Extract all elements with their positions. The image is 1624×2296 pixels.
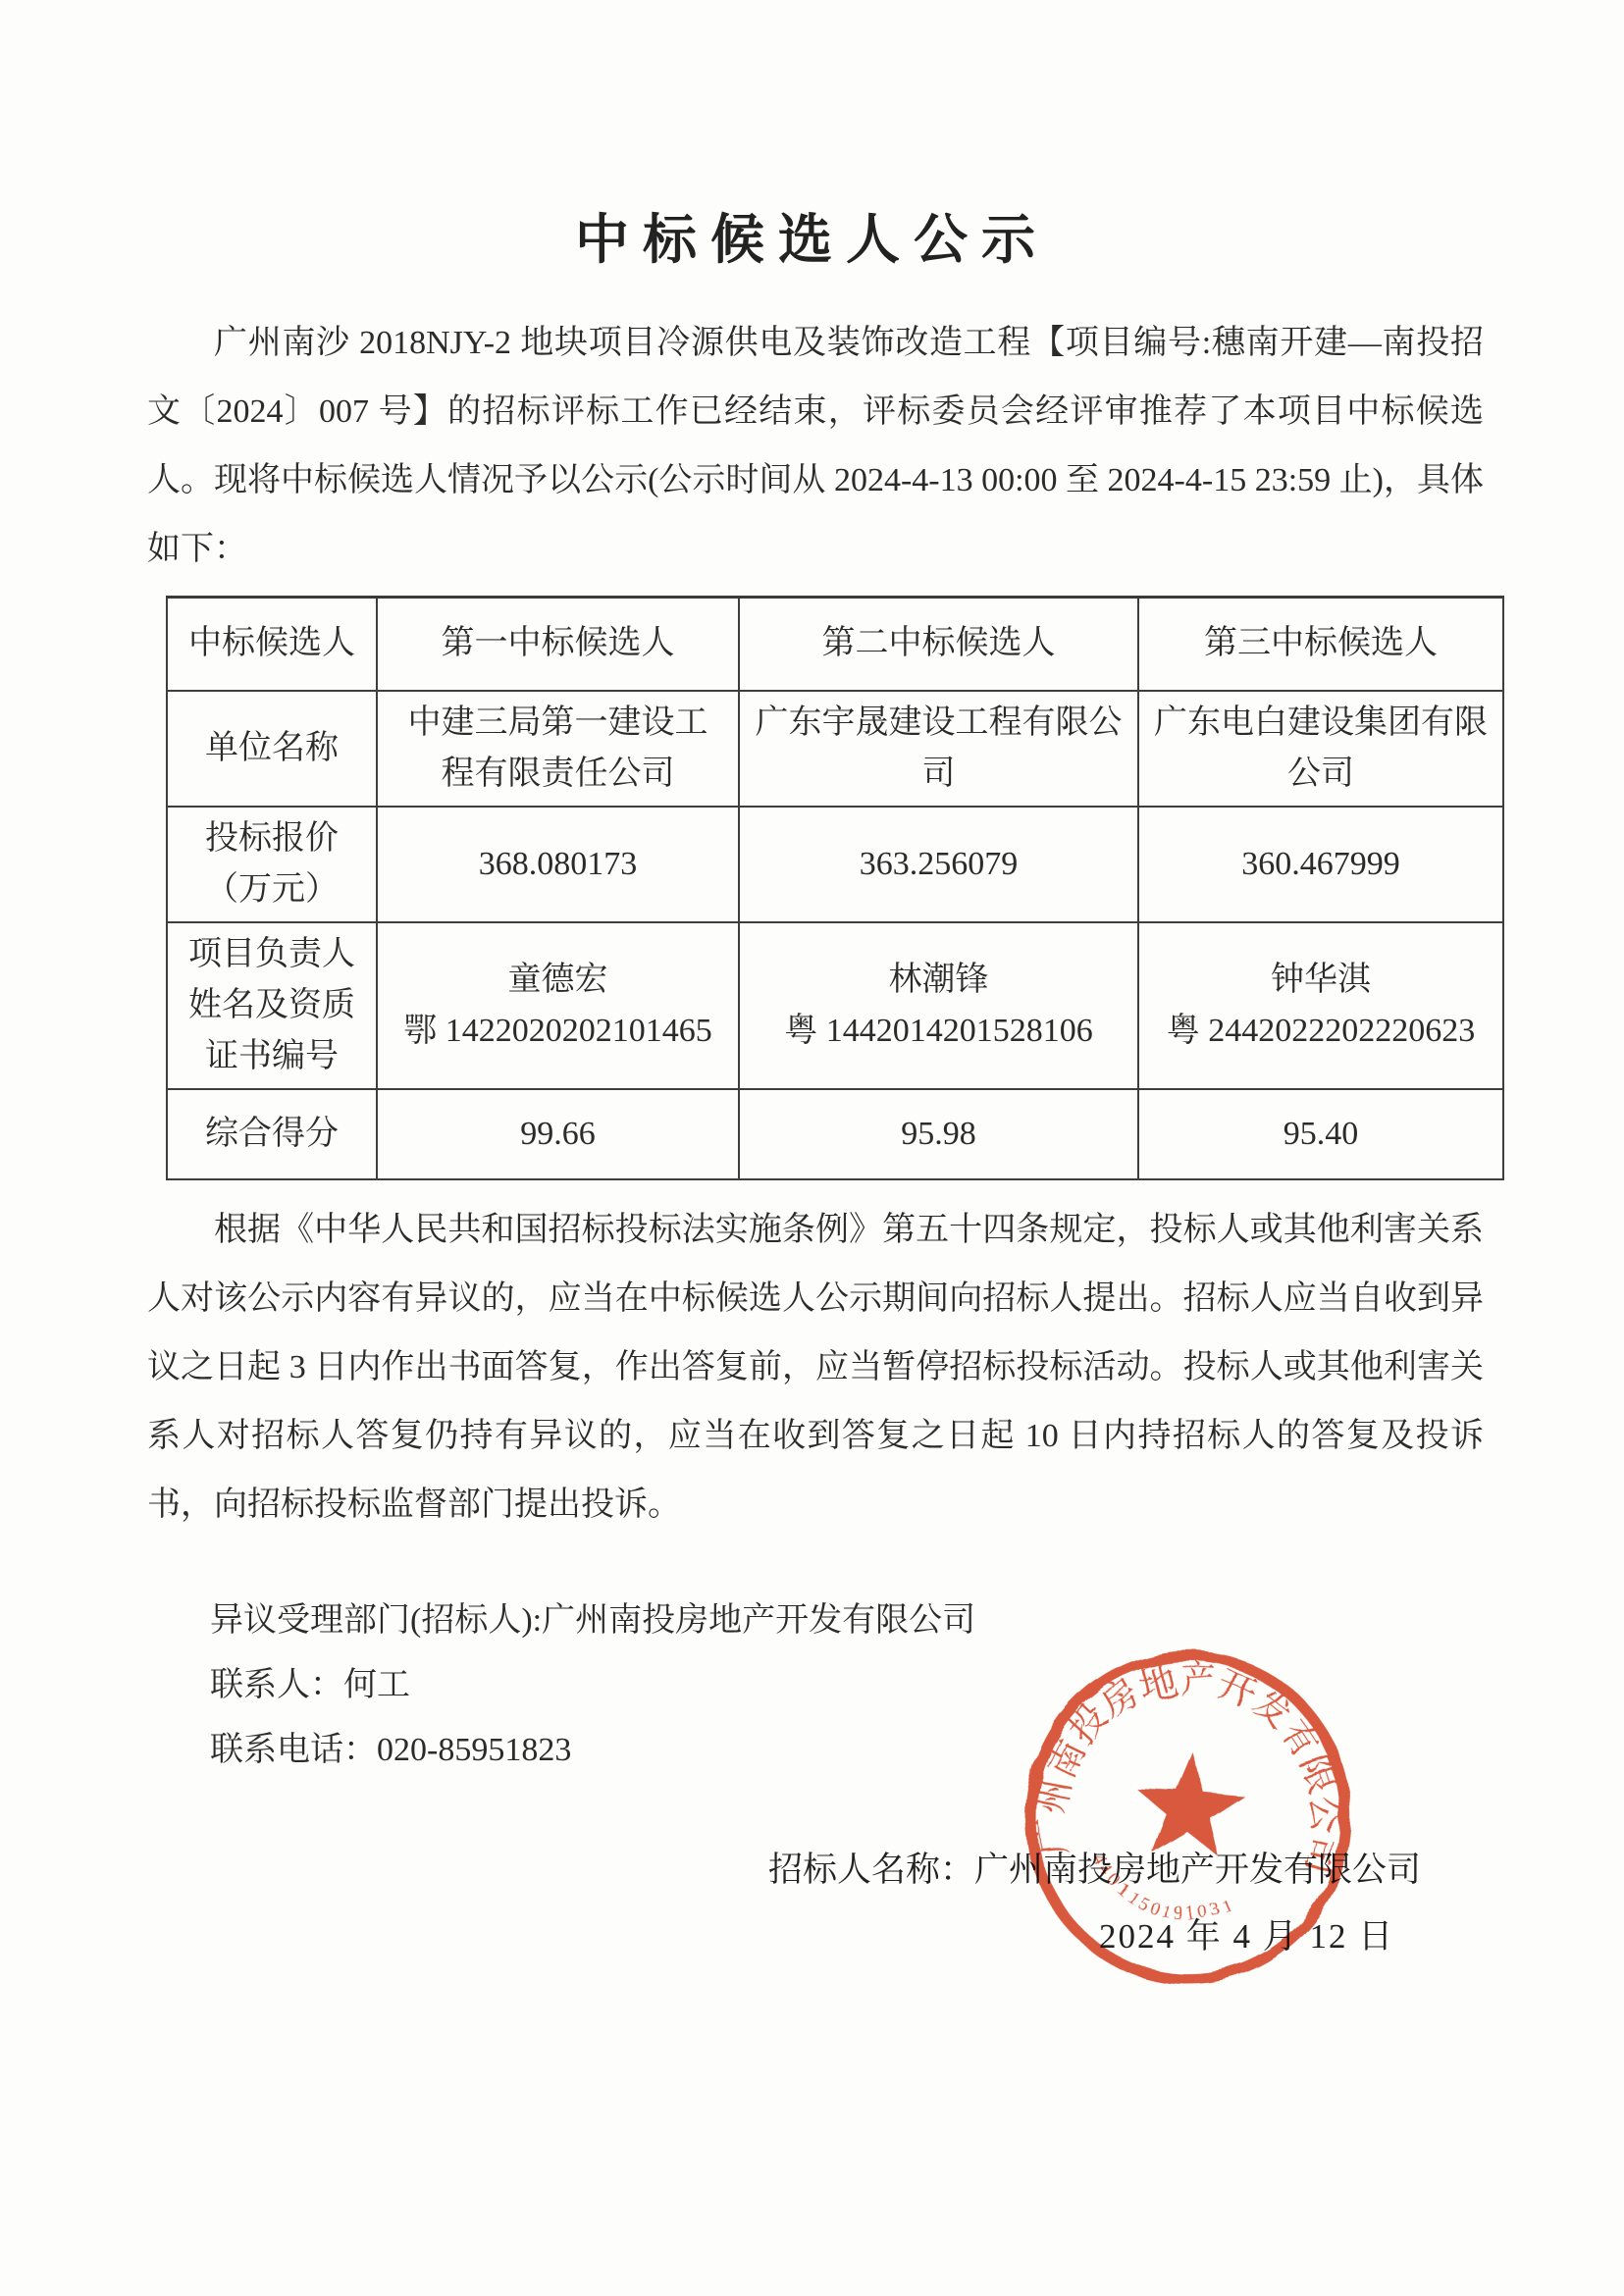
header-candidate: 中标候选人 [167,598,377,691]
document-page: 中标候选人公示 广州南沙 2018NJY-2 地块项目冷源供电及装饰改造工程【项… [0,0,1624,2296]
cell-manager-3: 钟华淇粤 2442022202220623 [1138,922,1503,1089]
contact-phone-line: 联系电话：020-85951823 [147,1718,1624,1783]
cell-price-3: 360.467999 [1138,807,1503,922]
legal-paragraph: 根据《中华人民共和国招标投标法实施条例》第五十四条规定，投标人或其他利害关系人对… [147,1196,1484,1539]
contact-person-line: 联系人：何工 [147,1653,1624,1718]
cell-unit-2: 广东宇晟建设工程有限公司 [739,691,1138,807]
cell-score-1: 99.66 [377,1089,739,1179]
cell-score-2: 95.98 [739,1089,1138,1179]
table-header-row: 中标候选人 第一中标候选人 第二中标候选人 第三中标候选人 [167,598,1503,691]
cell-score-3: 95.40 [1138,1089,1503,1179]
row-label-score: 综合得分 [167,1089,377,1179]
doc-title: 中标候选人公示 [0,196,1624,274]
table-row-project-manager: 项目负责人姓名及资质证书编号 童德宏鄂 1422020202101465 林潮锋… [167,922,1503,1089]
cell-unit-3: 广东电白建设集团有限公司 [1138,691,1503,807]
cell-manager-1: 童德宏鄂 1422020202101465 [377,922,739,1089]
cell-unit-1: 中建三局第一建设工程有限责任公司 [377,691,739,807]
seal-star-icon [1131,1748,1246,1858]
cell-manager-2: 林潮锋粤 1442014201528106 [739,922,1138,1089]
table-row-unit-name: 单位名称 中建三局第一建设工程有限责任公司 广东宇晟建设工程有限公司 广东电白建… [167,691,1503,807]
table-row-score: 综合得分 99.66 95.98 95.40 [167,1089,1503,1179]
table-row-bid-price: 投标报价（万元） 368.080173 363.256079 360.46799… [167,807,1503,922]
candidates-table: 中标候选人 第一中标候选人 第二中标候选人 第三中标候选人 单位名称 中建三局第… [166,596,1504,1180]
cell-price-1: 368.080173 [377,807,739,922]
header-second-candidate: 第二中标候选人 [739,598,1138,691]
row-label-project-manager: 项目负责人姓名及资质证书编号 [167,922,377,1089]
cell-price-2: 363.256079 [739,807,1138,922]
official-seal: 广州南投房地产开发有限公司 4401150191031 [1000,1625,1378,2009]
header-third-candidate: 第三中标候选人 [1138,598,1503,691]
contact-block: 异议受理部门(招标人):广州南投房地产开发有限公司 联系人：何工 联系电话：02… [147,1589,1624,1783]
row-label-unit-name: 单位名称 [167,691,377,807]
seal-number-text: 4401150191031 [1078,1848,1244,1943]
row-label-bid-price: 投标报价（万元） [167,807,377,922]
header-first-candidate: 第一中标候选人 [377,598,739,691]
svg-text:4401150191031: 4401150191031 [1078,1848,1244,1943]
contact-dept-line: 异议受理部门(招标人):广州南投房地产开发有限公司 [147,1589,1624,1653]
intro-paragraph: 广州南沙 2018NJY-2 地块项目冷源供电及装饰改造工程【项目编号:穗南开建… [147,309,1484,584]
